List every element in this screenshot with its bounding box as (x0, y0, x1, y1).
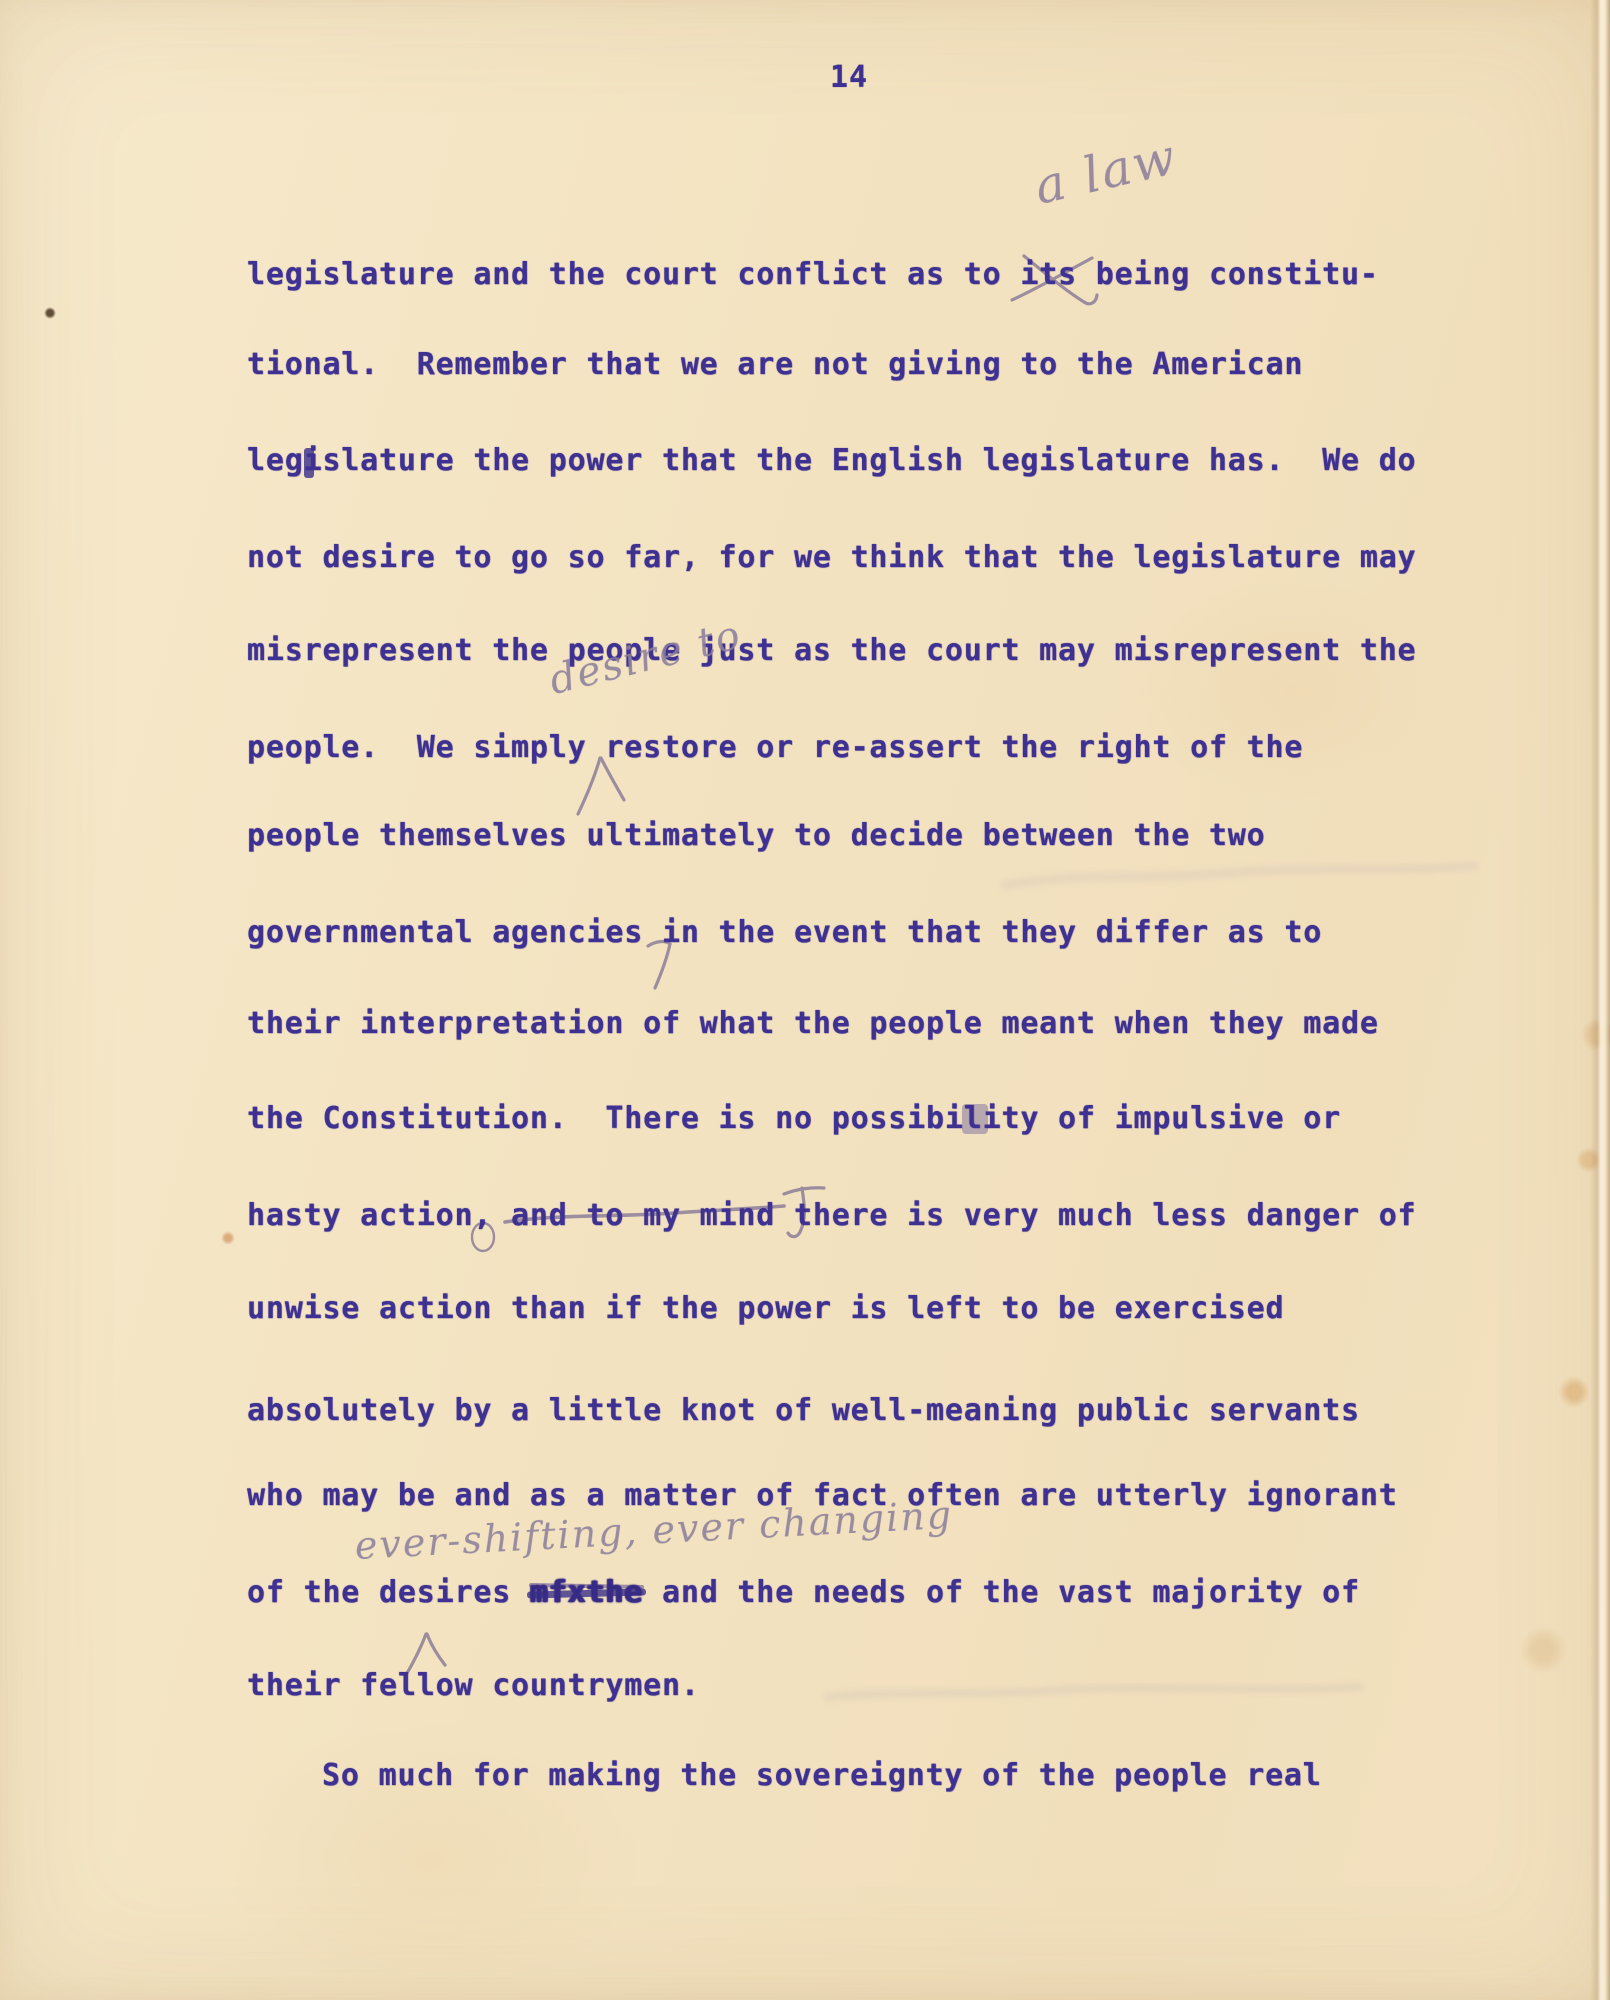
typed-text: unwise action than if the power is left … (247, 1291, 1284, 1326)
typed-line: their fellow countrymen. (247, 1668, 700, 1703)
ghost-impression (1005, 866, 1475, 885)
typed-text: governmental agencies in the event that … (247, 915, 1322, 950)
typed-line: absolutely by a little knot of well-mean… (247, 1393, 1360, 1428)
typed-line: hasty action, and to my mind there is ve… (247, 1198, 1416, 1233)
pencil-marks-overlay (0, 0, 1610, 2000)
typed-line: unwise action than if the power is left … (247, 1291, 1284, 1326)
typed-text: hasty action, and to my mind there is ve… (247, 1198, 1416, 1233)
typed-line: of the desires mfxthe and the needs of t… (247, 1575, 1360, 1610)
typed-line: legislature the power that the English l… (247, 443, 1416, 478)
typed-text: legislature the power that the English l… (247, 443, 1416, 478)
typed-text: So much for making the sovereignty of th… (322, 1758, 1322, 1793)
typed-line: people. We simply restore or re-assert t… (247, 730, 1303, 765)
ghost-impression (828, 1687, 1360, 1697)
typed-line: So much for making the sovereignty of th… (322, 1758, 1322, 1793)
typed-text: the Constitution. There is no possibilit… (247, 1101, 1341, 1136)
typed-text: tional. Remember that we are not giving … (247, 347, 1303, 382)
typed-line: misrepresent the people just as the cour… (247, 633, 1416, 668)
typed-line: people themselves ultimately to decide b… (247, 818, 1266, 853)
handwritten-annotation: a law (1029, 127, 1183, 216)
typed-text: absolutely by a little knot of well-mean… (247, 1393, 1360, 1428)
typed-line: governmental agencies in the event that … (247, 915, 1322, 950)
typed-line: tional. Remember that we are not giving … (247, 347, 1303, 382)
typed-line: legislature and the court conflict as to… (247, 257, 1379, 292)
capitalization-mark-there (784, 1188, 824, 1194)
typed-text: of the desires (247, 1575, 530, 1610)
typed-text: their interpretation of what the people … (247, 1006, 1379, 1041)
typed-text: misrepresent the people just as the cour… (247, 633, 1416, 668)
typed-line: their interpretation of what the people … (247, 1006, 1379, 1041)
handwritten-annotation: desire to (545, 612, 747, 704)
typed-line: the Constitution. There is no possibilit… (247, 1101, 1341, 1136)
insertion-caret-desire-to (578, 758, 600, 814)
cross-out-its (1084, 295, 1097, 304)
insertion-caret-ever-shifting (427, 1634, 445, 1665)
manuscript-page: 14 legislature and th (0, 0, 1610, 2000)
page-number: 14 (830, 60, 868, 95)
struck-word-its: its (1020, 257, 1077, 292)
typed-text: and the needs of the vast majority of (643, 1575, 1360, 1610)
typed-text: their fellow countrymen. (247, 1668, 700, 1703)
typed-text: not desire to go so far, for we think th… (247, 540, 1416, 575)
typed-text: being constitu- (1077, 257, 1379, 292)
typed-text: people. We simply restore or re-assert t… (247, 730, 1303, 765)
overstruck-word: mfxthe (530, 1575, 643, 1610)
typed-line: not desire to go so far, for we think th… (247, 540, 1416, 575)
typed-text: people themselves ultimately to decide b… (247, 818, 1266, 853)
typed-text: legislature and the court conflict as to (247, 257, 1020, 292)
